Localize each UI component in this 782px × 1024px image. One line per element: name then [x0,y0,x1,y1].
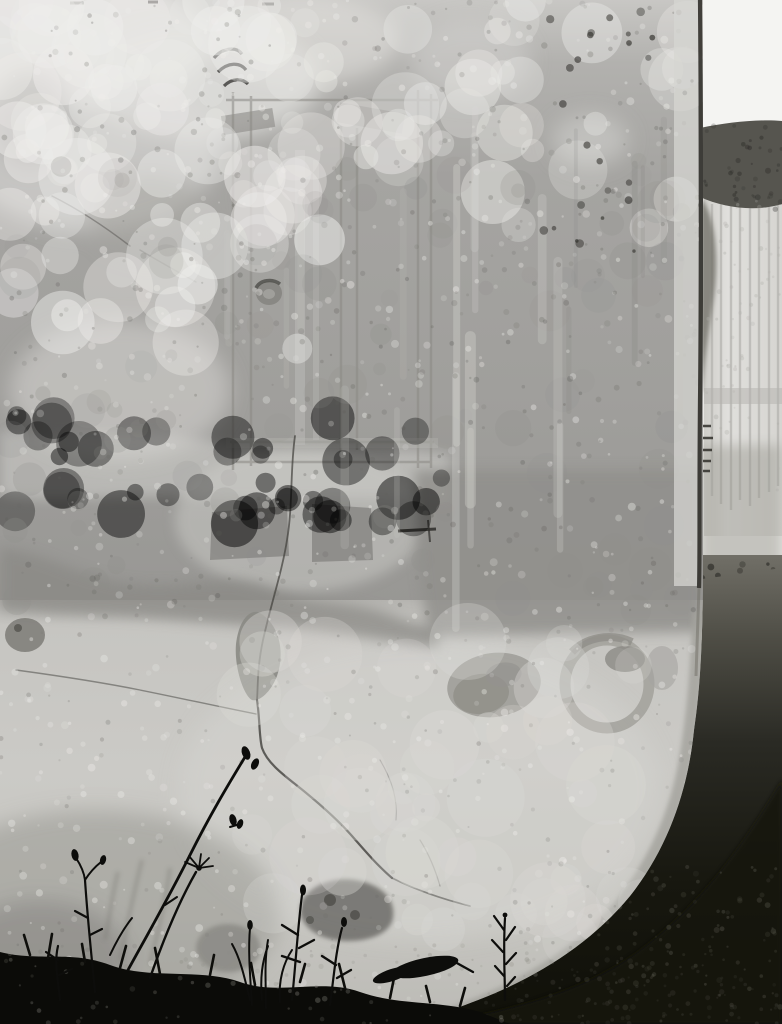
texture-speck [477,564,480,567]
texture-speck [652,972,656,976]
texture-speck [726,359,728,361]
texture-speck [443,36,448,41]
texture-speck [691,891,694,894]
texture-speck [772,276,775,279]
texture-speck [369,1000,373,1004]
texture-speck [74,385,79,390]
texture-speck [122,134,126,138]
texture-speck [644,966,649,971]
texture-speck [324,657,331,664]
texture-speck [335,378,340,383]
texture-speck [360,360,364,364]
texture-speck [337,635,340,638]
texture-speck [453,362,459,368]
texture-speck [597,976,602,981]
texture-speck [503,1,509,7]
texture-speck [31,106,34,109]
texture-speck [300,178,305,183]
texture-speck [633,931,638,936]
texture-speck [267,357,272,362]
texture-speck [663,196,668,201]
texture-speck [168,57,170,59]
texture-speck [118,791,125,798]
texture-speck [48,339,50,341]
texture-speck [576,971,578,973]
texture-speck [258,182,262,186]
texture-speck [350,143,353,146]
texture-speck [418,359,421,362]
texture-speck [406,695,413,702]
texture-speck [479,260,484,265]
texture-speck [62,511,65,514]
texture-speck [388,525,395,532]
texture-speck [508,20,510,22]
texture-speck [58,822,64,828]
texture-speck [558,861,563,866]
texture-speck [519,930,523,934]
texture-speck [736,960,740,964]
texture-speck [26,693,31,698]
texture-speck [9,296,14,301]
texture-speck [404,177,427,200]
texture-speck [546,15,554,23]
texture-speck [98,465,102,469]
texture-speck [455,291,458,294]
texture-speck [488,195,493,200]
texture-speck [166,443,170,447]
texture-speck [136,531,143,538]
texture-speck [326,588,328,590]
texture-speck [441,453,444,456]
bud [341,917,347,927]
texture-speck [243,668,250,675]
texture-speck [573,176,580,183]
texture-speck [374,722,377,725]
texture-speck [221,133,225,137]
texture-speck [88,613,95,620]
texture-speck [276,572,280,576]
texture-speck [46,259,50,263]
texture-speck [218,94,222,98]
texture-speck [22,846,28,852]
texture-speck [218,202,220,204]
texture-speck [123,889,125,891]
texture-speck [465,346,471,352]
texture-speck [73,825,80,832]
texture-speck [689,741,693,745]
texture-speck [322,551,328,557]
texture-speck [598,440,600,442]
texture-speck [511,184,525,198]
texture-speck [110,32,113,35]
texture-speck [527,901,530,904]
texture-speck [480,965,482,967]
texture-speck [658,704,660,706]
texture-speck [12,669,19,676]
texture-speck [37,105,42,110]
texture-speck [626,989,631,994]
texture-speck [128,672,131,675]
texture-speck [521,510,528,517]
texture-speck [474,701,479,706]
texture-speck [376,496,380,500]
texture-speck [711,936,714,939]
texture-speck [73,29,79,35]
texture-speck [232,869,238,875]
rubble-spot [350,910,360,920]
texture-speck [600,325,603,328]
texture-speck [154,578,158,582]
texture-speck [438,62,441,65]
left-edge-blob-spot [14,624,22,632]
texture-speck [566,350,570,354]
texture-speck [427,223,452,248]
texture-speck [625,81,628,84]
texture-speck [298,328,304,334]
texture-speck [83,252,153,322]
texture-speck [104,379,106,381]
texture-speck [68,491,88,511]
texture-speck [423,571,429,577]
texture-speck [395,946,398,949]
texture-speck [247,120,249,122]
texture-speck [32,538,35,541]
texture-speck [155,286,196,327]
texture-speck [768,149,772,153]
texture-speck [727,166,730,169]
texture-speck [280,151,287,158]
texture-speck [608,47,613,52]
texture-speck [180,960,184,964]
texture-speck [136,231,138,233]
texture-speck [659,1020,662,1023]
texture-speck [502,333,505,336]
texture-speck [680,754,683,757]
texture-speck [655,313,660,318]
texture-speck [605,982,610,987]
texture-speck [533,972,537,976]
texture-speck [201,963,205,967]
texture-speck [478,653,483,658]
texture-speck [254,323,259,328]
texture-speck [494,755,499,760]
texture-speck [605,121,610,126]
texture-speck [666,925,671,930]
texture-speck [341,895,345,899]
texture-speck [707,1015,710,1018]
texture-speck [85,103,88,106]
texture-speck [669,876,671,878]
texture-speck [394,407,400,538]
texture-speck [708,564,715,571]
texture-speck [92,327,95,330]
texture-speck [502,763,506,767]
texture-speck [216,29,222,35]
texture-speck [592,651,595,654]
texture-speck [722,910,726,914]
texture-speck [165,499,168,502]
texture-speck [508,235,513,240]
texture-speck [384,492,388,496]
texture-speck [668,1003,672,1007]
texture-speck [160,734,167,741]
texture-speck [49,220,53,224]
texture-speck [491,164,495,168]
texture-speck [476,779,481,784]
texture-speck [714,415,719,420]
texture-speck [221,913,224,916]
texture-speck [364,553,371,560]
texture-speck [691,607,696,612]
texture-speck [686,1001,691,1006]
texture-speck [239,36,241,38]
texture-speck [197,346,199,348]
texture-speck [617,945,622,950]
texture-speck [224,215,231,222]
texture-speck [121,700,127,706]
texture-speck [775,993,779,997]
texture-speck [635,998,639,1002]
texture-speck [422,847,428,853]
texture-speck [605,946,609,950]
texture-speck [717,994,720,997]
texture-speck [635,361,641,367]
texture-speck [766,562,769,565]
texture-speck [330,354,332,356]
texture-speck [666,786,669,789]
column-joint-band [704,388,782,404]
texture-speck [206,243,213,250]
texture-speck [288,1007,290,1009]
texture-speck [447,513,450,516]
texture-speck [380,723,386,729]
texture-speck [199,91,205,97]
texture-speck [610,760,612,762]
texture-speck [567,376,573,382]
texture-speck [717,924,720,927]
texture-speck [11,829,15,833]
texture-speck [656,713,658,715]
texture-speck [619,818,625,824]
texture-speck [622,640,629,647]
texture-speck [290,604,293,607]
texture-speck [122,220,124,222]
texture-speck [207,79,213,85]
texture-speck [585,1000,588,1003]
texture-speck [439,87,444,92]
texture-speck [107,455,111,459]
texture-speck [476,741,481,746]
texture-speck [177,1015,180,1018]
texture-speck [188,172,193,177]
texture-speck [724,994,726,996]
texture-speck [568,721,570,723]
texture-speck [725,1019,728,1022]
texture-speck [80,157,85,162]
texture-speck [663,139,668,144]
texture-speck [482,773,484,775]
texture-speck [612,972,616,976]
texture-speck [703,180,706,183]
texture-speck [35,237,38,240]
texture-speck [571,968,574,971]
texture-speck [675,976,679,980]
texture-speck [358,678,365,685]
texture-speck [561,979,563,981]
texture-speck [671,505,674,508]
texture-speck [165,30,167,32]
texture-speck [127,316,133,322]
texture-speck [729,421,731,423]
texture-speck [320,1017,325,1022]
texture-speck [333,99,361,127]
texture-speck [740,302,743,305]
texture-speck [554,695,557,698]
texture-speck [434,973,441,980]
texture-speck [29,637,33,641]
texture-speck [168,510,171,513]
texture-speck [640,83,642,85]
texture-speck [610,769,614,773]
texture-speck [607,987,611,991]
texture-speck [60,111,68,119]
texture-speck [575,239,584,248]
texture-speck [92,80,95,83]
texture-speck [525,951,529,955]
texture-speck [470,65,477,72]
texture-speck [58,355,60,357]
texture-speck [40,863,46,869]
texture-speck [486,705,541,760]
texture-speck [451,914,453,916]
texture-speck [165,1017,167,1019]
texture-speck [23,239,25,241]
texture-speck [152,408,157,413]
texture-speck [733,367,737,371]
texture-speck [693,871,699,877]
texture-speck [705,184,708,187]
texture-speck [728,171,733,176]
texture-speck [88,764,96,772]
texture-speck [221,137,225,141]
texture-speck [176,183,183,190]
texture-speck [428,890,433,895]
texture-speck [708,945,711,948]
texture-speck [547,861,552,866]
texture-speck [757,897,762,902]
texture-speck [596,397,602,403]
texture-speck [386,317,390,321]
texture-speck [273,320,279,326]
texture-speck [412,54,416,58]
texture-speck [238,14,241,17]
texture-speck [259,577,263,581]
texture-speck [432,199,436,203]
texture-speck [189,257,194,262]
texture-speck [506,537,512,543]
texture-speck [389,539,394,544]
texture-speck [566,138,572,144]
texture-speck [723,222,727,226]
texture-speck [163,808,167,812]
texture-speck [388,392,391,395]
texture-speck [460,312,463,315]
texture-speck [132,944,137,949]
texture-speck [663,104,669,110]
texture-speck [106,720,111,725]
texture-speck [184,166,191,173]
texture-speck [369,685,373,689]
texture-speck [373,56,377,60]
texture-speck [726,916,729,919]
texture-speck [569,335,572,338]
texture-speck [280,375,283,378]
texture-speck [244,902,249,907]
texture-speck [71,501,73,503]
texture-speck [415,380,423,388]
texture-speck [493,133,497,137]
texture-speck [680,973,683,976]
texture-speck [572,416,579,423]
texture-speck [331,939,333,941]
texture-speck [93,131,97,135]
texture-speck [213,907,215,909]
texture-speck [645,645,647,647]
texture-speck [636,8,645,17]
texture-speck [173,340,177,344]
texture-speck [720,872,722,874]
texture-speck [211,799,216,804]
texture-speck [438,837,477,876]
texture-speck [391,119,394,122]
texture-speck [67,57,74,64]
texture-speck [100,737,104,741]
texture-speck [127,584,132,589]
texture-speck [13,75,15,77]
texture-speck [30,974,33,977]
texture-speck [389,199,397,207]
texture-speck [313,470,318,475]
texture-speck [766,220,770,224]
texture-speck [160,550,164,554]
texture-speck [669,127,672,130]
texture-speck [158,839,163,844]
texture-speck [379,57,381,59]
texture-speck [610,590,615,595]
texture-speck [499,241,504,246]
texture-speck [375,666,381,672]
texture-speck [501,725,509,733]
texture-speck [140,450,142,452]
texture-speck [201,123,203,125]
texture-speck [495,410,531,446]
texture-speck [746,367,750,371]
texture-speck [13,728,16,731]
texture-speck [547,498,553,504]
texture-speck [751,163,753,165]
texture-speck [326,522,330,526]
texture-speck [307,304,313,310]
texture-speck [215,869,219,873]
texture-speck [486,760,490,764]
texture-speck [608,639,612,643]
texture-speck [469,181,471,183]
texture-speck [551,905,553,907]
texture-speck [296,865,298,867]
texture-speck [80,784,85,789]
texture-speck [609,628,614,633]
texture-speck [532,662,535,665]
